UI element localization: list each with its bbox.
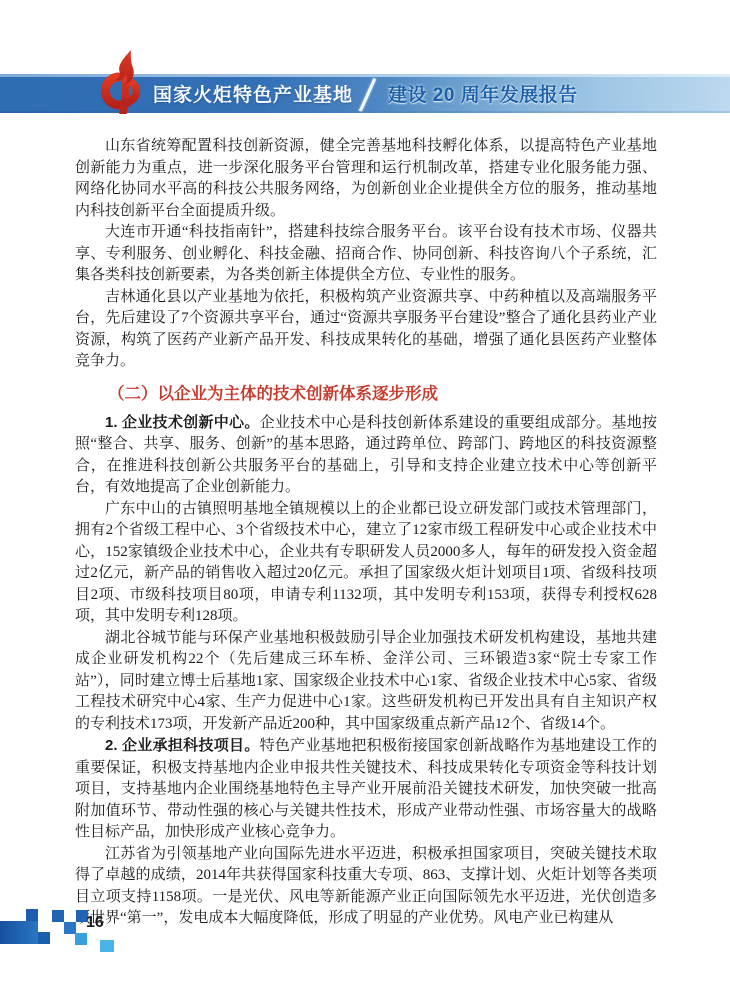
- document-body: 山东省统筹配置科技创新资源，健全完善基地科技孵化体系，以提高特色产业基地创新能力…: [75, 136, 657, 930]
- paragraph-text: 山东省统筹配置科技创新资源，健全完善基地科技孵化体系，以提高特色产业基地创新能力…: [75, 138, 657, 219]
- paragraph-lead: 1. 企业技术创新中心。: [105, 414, 260, 431]
- paragraph-text: 江苏省为引领基地产业向国际先进水平迈进，积极承担国家项目，突破关键技术取得了卓越…: [75, 846, 657, 927]
- paragraph: 吉林通化县以产业基地为依托，积极构筑产业资源共享、中药种植以及高端服务平台，先后…: [75, 287, 657, 373]
- paragraph: 大连市开通“科技指南针”，搭建科技综合服务平台。该平台设有技术市场、仪器共享、专…: [75, 222, 657, 287]
- paragraph-text: 吉林通化县以产业基地为依托，积极构筑产业资源共享、中药种植以及高端服务平台，先后…: [75, 289, 657, 370]
- paragraph: 1. 企业技术创新中心。企业技术中心是科技创新体系建设的重要组成部分。基地按照“…: [75, 412, 657, 499]
- paragraph-text: 湖北谷城节能与环保产业基地积极鼓励引导企业加强技术研发机构建设，基地共建成企业研…: [75, 630, 657, 732]
- paragraph: 广东中山的古镇照明基地全镇规模以上的企业都已设立研发部门或技术管理部门，拥有2个…: [75, 499, 657, 628]
- paragraph: 江苏省为引领基地产业向国际先进水平迈进，积极承担国家项目，突破关键技术取得了卓越…: [75, 844, 657, 930]
- paragraph-text: 广东中山的古镇照明基地全镇规模以上的企业都已设立研发部门或技术管理部门，拥有2个…: [75, 501, 657, 625]
- header-brand-title: 国家火炬特色产业基地: [153, 79, 353, 106]
- pixel-mosaic-decoration: [0, 904, 150, 960]
- torch-flame-icon: [97, 50, 144, 114]
- page-number: 16: [86, 914, 104, 932]
- paragraph: 湖北谷城节能与环保产业基地积极鼓励引导企业加强技术研发机构建设，基地共建成企业研…: [75, 628, 657, 736]
- header-report-title: 建设 20 周年发展报告: [388, 79, 578, 106]
- document-page: 国家火炬特色产业基地 建设 20 周年发展报告 山东省统筹配置科技创新资源，健全…: [0, 0, 730, 984]
- paragraph-text: 大连市开通“科技指南针”，搭建科技综合服务平台。该平台设有技术市场、仪器共享、专…: [75, 224, 657, 283]
- paragraph: 山东省统筹配置科技创新资源，健全完善基地科技孵化体系，以提高特色产业基地创新能力…: [75, 136, 657, 222]
- section-heading: （二）以企业为主体的技术创新体系逐步形成: [75, 383, 657, 405]
- slash-divider: [359, 78, 376, 112]
- paragraph: 2. 企业承担科技项目。特色产业基地把积极衔接国家创新战略作为基地建设工作的重要…: [75, 735, 657, 844]
- paragraph-lead: 2. 企业承担科技项目。: [105, 737, 260, 754]
